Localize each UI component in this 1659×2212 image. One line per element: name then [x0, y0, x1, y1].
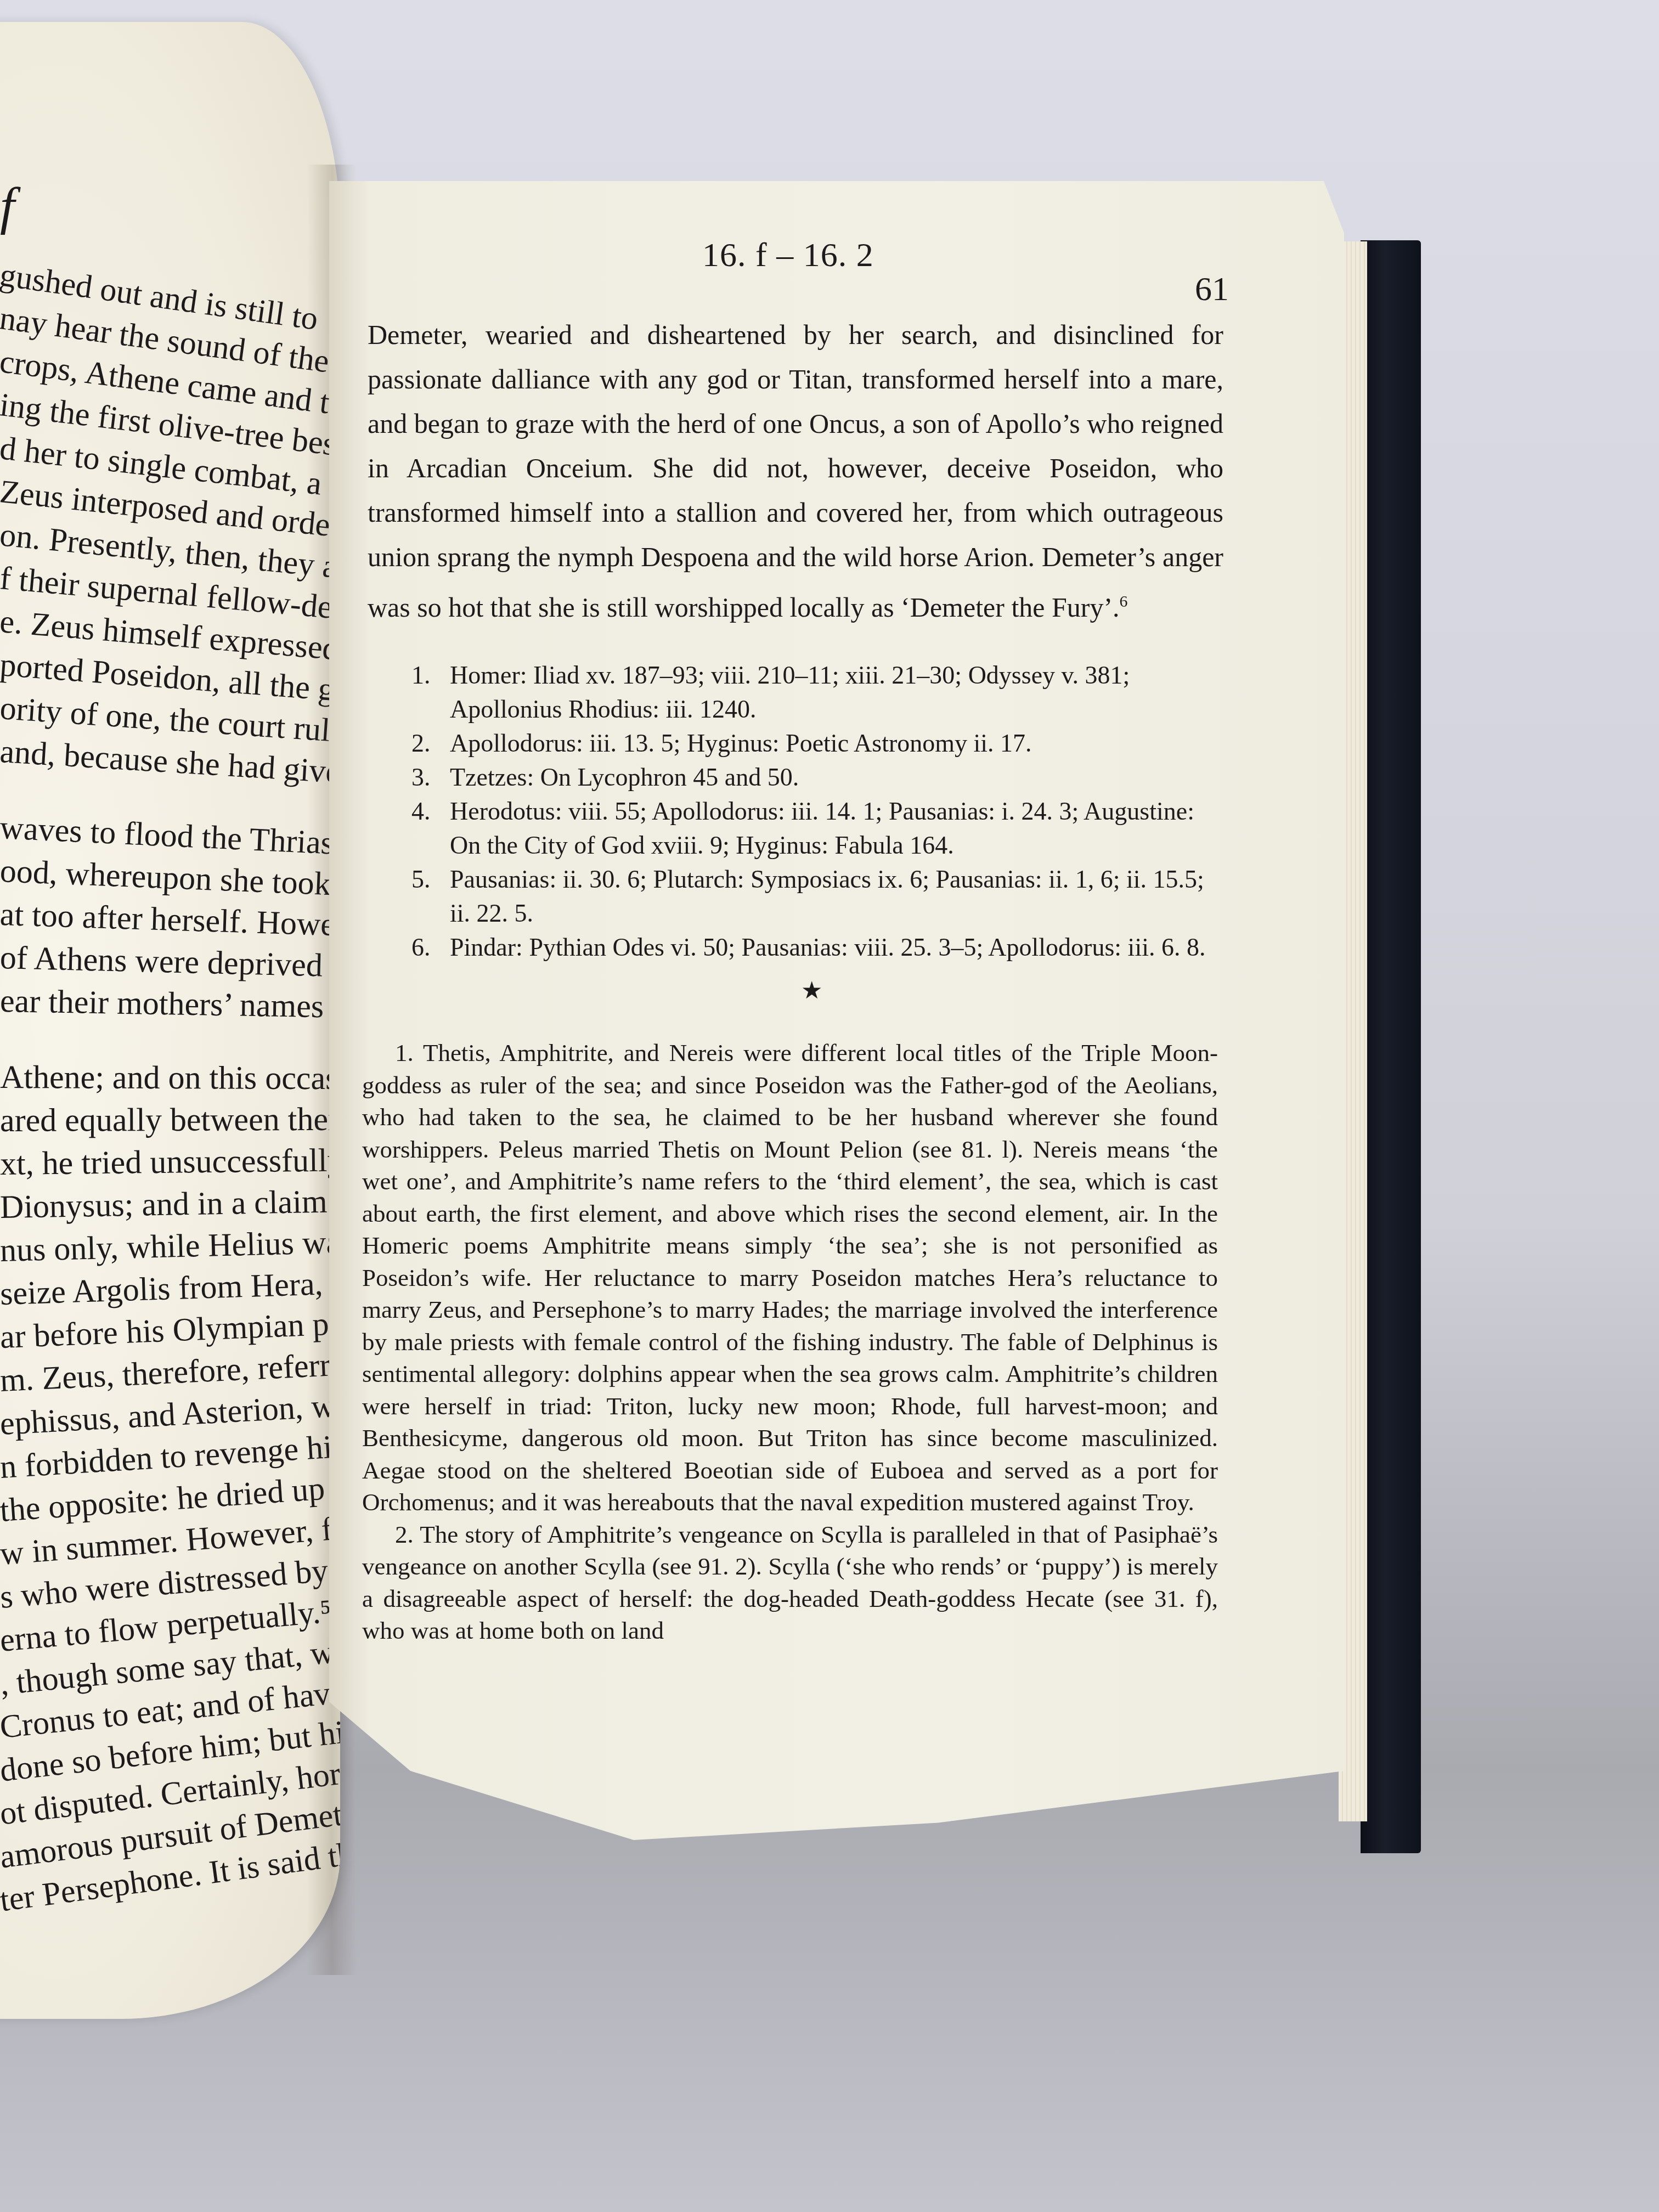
- left-page-line: seize Argolis from Hera, and: [0, 1265, 340, 1310]
- photo-scene: f gushed out and is still tonay hear the…: [0, 0, 1659, 2212]
- source-note: 5.Pausanias: ii. 30. 6; Plutarch: Sympos…: [411, 862, 1223, 930]
- book-cover-edge: [1361, 240, 1421, 1853]
- left-running-head: f: [0, 176, 15, 236]
- left-page-line: at too after herself. However,: [0, 898, 340, 943]
- left-page: f gushed out and is still tonay hear the…: [0, 22, 340, 2019]
- note-text: Tzetzes: On Lycophron 45 and 50.: [450, 763, 799, 791]
- source-note: 2.Apollodorus: iii. 13. 5; Hyginus: Poet…: [411, 726, 1223, 760]
- left-page-line: ear their mothers’ names a: [0, 984, 340, 1023]
- note-text: Homer: Iliad xv. 187–93; viii. 210–11; x…: [450, 661, 1130, 723]
- commentary-paragraph: 2. The story of Amphitrite’s vengeance o…: [362, 1519, 1218, 1647]
- left-page-line: waves to flood the Thriasia: [0, 811, 340, 861]
- commentary-paragraph: 1. Thetis, Amphitrite, and Nereis were d…: [362, 1037, 1218, 1519]
- left-page-line: Dionysus; and in a claim for: [0, 1184, 340, 1223]
- left-page-line: of Athens were deprived o: [0, 941, 340, 982]
- left-page-line: m. Zeus, therefore, referred: [0, 1347, 340, 1397]
- running-head: 16. f – 16. 2: [702, 236, 874, 275]
- source-note: 6.Pindar: Pythian Odes vi. 50; Pausanias…: [411, 930, 1223, 964]
- left-page-text: f gushed out and is still tonay hear the…: [0, 22, 340, 2019]
- note-number: 6.: [411, 930, 431, 964]
- note-text: Pindar: Pythian Odes vi. 50; Pausanias: …: [450, 933, 1205, 961]
- left-page-line: ared equally between them-: [0, 1103, 340, 1137]
- left-page-line: Athene; and on this occasion: [0, 1060, 340, 1094]
- left-page-line: ar before his Olympian peers: [0, 1305, 340, 1353]
- left-page-line: ood, whereupon she took u: [0, 854, 340, 901]
- left-page-line: nus only, while Helius was: [0, 1225, 340, 1267]
- note-text: Apollodorus: iii. 13. 5; Hyginus: Poetic…: [450, 729, 1032, 757]
- commentary: 1. Thetis, Amphitrite, and Nereis were d…: [362, 1037, 1218, 1647]
- footnote-ref: 6: [1120, 592, 1128, 611]
- note-number: 5.: [411, 862, 431, 896]
- note-number: 3.: [411, 760, 431, 794]
- note-number: 4.: [411, 794, 431, 828]
- note-number: 1.: [411, 658, 431, 692]
- page-number: 61: [1195, 270, 1229, 309]
- source-note: 1.Homer: Iliad xv. 187–93; viii. 210–11;…: [411, 658, 1223, 726]
- note-number: 2.: [411, 726, 431, 760]
- body-text: Demeter, wearied and disheartened by her…: [368, 319, 1223, 623]
- left-page-line: xt, he tried unsuccessfully to: [0, 1143, 340, 1180]
- source-note: 3.Tzetzes: On Lycophron 45 and 50.: [411, 760, 1223, 794]
- body-paragraph: Demeter, wearied and disheartened by her…: [368, 313, 1223, 630]
- note-text: Pausanias: ii. 30. 6; Plutarch: Symposia…: [450, 865, 1204, 927]
- source-notes: 1.Homer: Iliad xv. 187–93; viii. 210–11;…: [411, 658, 1223, 964]
- note-text: Herodotus: viii. 55; Apollodorus: iii. 1…: [450, 797, 1194, 859]
- section-separator: ★: [801, 977, 822, 1005]
- source-note: 4.Herodotus: viii. 55; Apollodorus: iii.…: [411, 794, 1223, 862]
